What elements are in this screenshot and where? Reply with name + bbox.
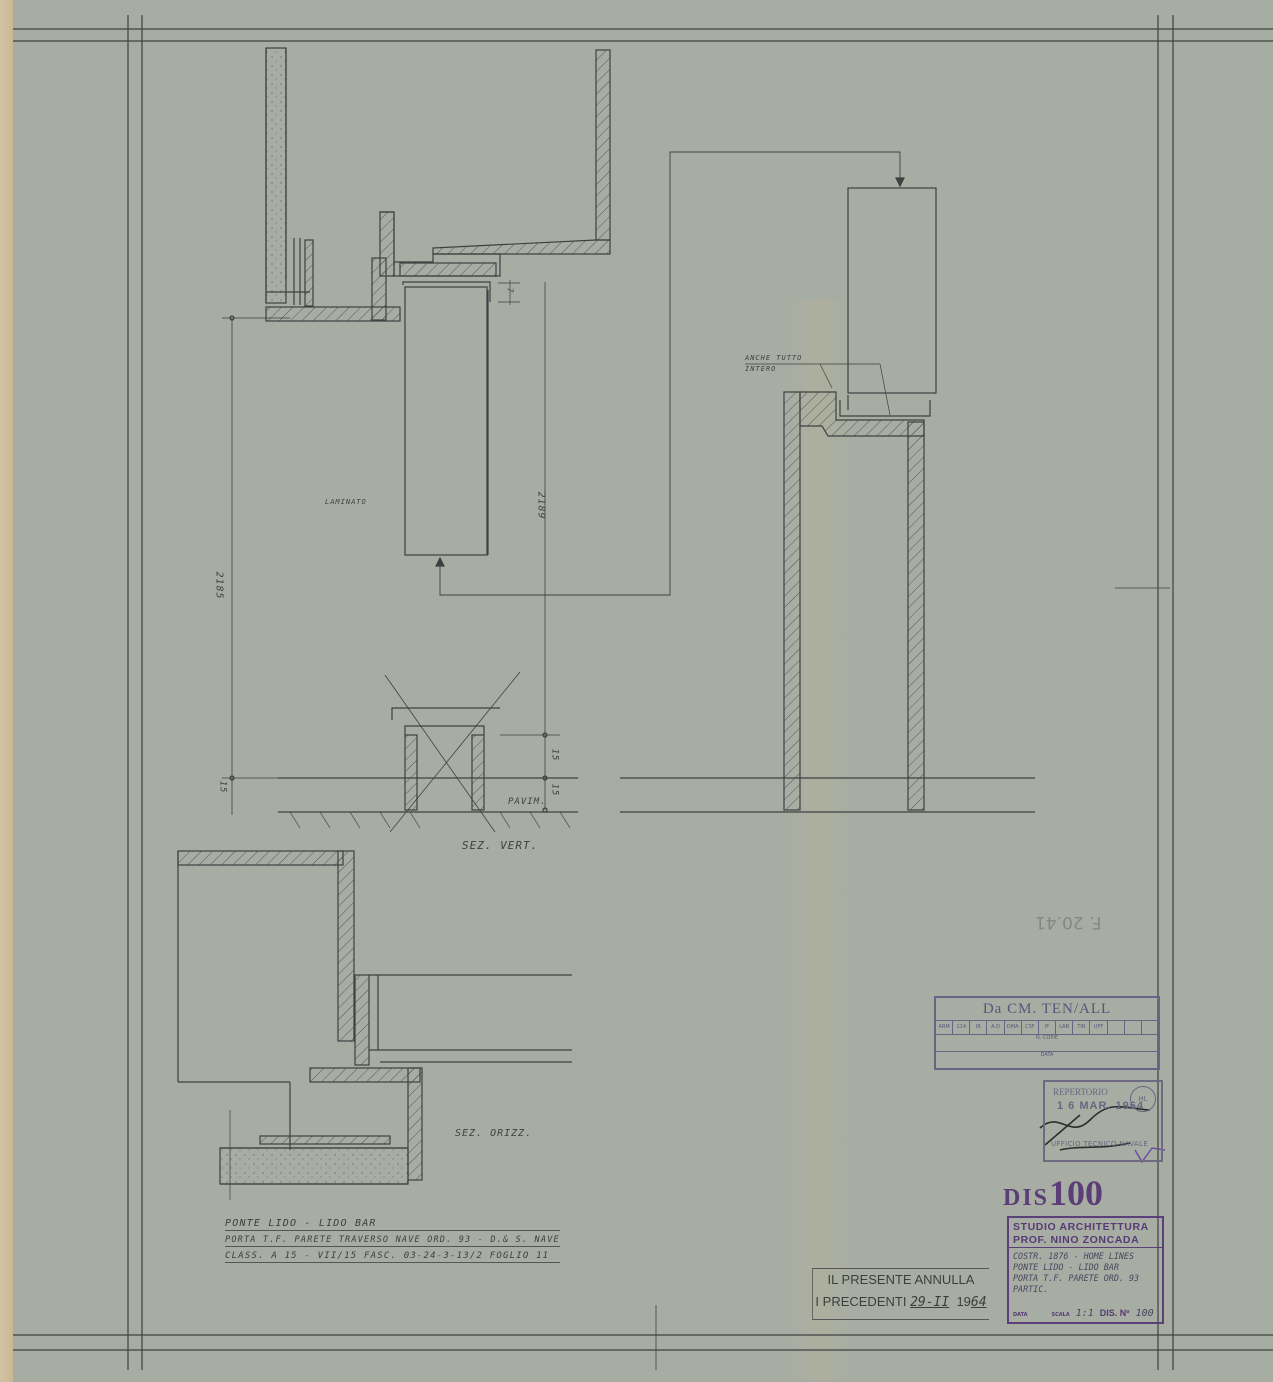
drawing-number: DIS100	[1003, 1172, 1103, 1214]
annul-box: IL PRESENTE ANNULLA I PRECEDENTI 29-II 1…	[812, 1268, 989, 1320]
scale-value: 1:1	[1076, 1308, 1094, 1319]
stamp-tenall-codes: ARM 114 IR A.D DMA CSF IF LAB TIR UFF	[936, 1021, 1158, 1035]
label-pavim: PAVIM.	[508, 797, 547, 807]
label-sez-orizz: SEZ. ORIZZ.	[455, 1128, 532, 1139]
stamp-tenall-date: DATA	[936, 1052, 1158, 1068]
dim-15-upper: 15	[549, 749, 559, 762]
dim-15-lower: 15	[549, 784, 559, 797]
annul-line-2: I PRECEDENTI 29-II 1964	[813, 1291, 989, 1314]
stamp-repertorio-office: UFFICIO TECNICO NAVALE	[1051, 1140, 1148, 1148]
stamp-tenall: Da CM. TEN/ALL ARM 114 IR A.D DMA CSF IF…	[934, 996, 1160, 1070]
studio-footer: DATA SCALA 1:1 DIS. Nº 100	[1013, 1308, 1158, 1319]
title-line-3: CLASS. A 15 - VII/15 FASC. 03-24-3-13/2 …	[225, 1251, 560, 1263]
dim-15-left: 15	[217, 781, 227, 794]
label-anche-tutto: ANCHE TUTTO	[745, 354, 802, 362]
studio-name: STUDIO ARCHITETTURA PROF. NINO ZONCADA	[1009, 1218, 1162, 1248]
stamp-repertorio: REPERTORIO 1 6 MAR. 1964 UFFICIO TECNICO…	[1043, 1080, 1163, 1162]
studio-notes: COSTR. 1876 - HOME LINES PONTE LIDO - LI…	[1009, 1248, 1162, 1298]
title-line-1: PONTE LIDO - LIDO BAR	[225, 1218, 560, 1231]
pencil-note: F. 20.41	[1035, 912, 1102, 932]
dim-2189: 2189	[536, 491, 547, 519]
label-sez-vert: SEZ. VERT.	[462, 839, 538, 852]
stamp-repertorio-title: REPERTORIO	[1053, 1087, 1108, 1097]
annul-line-1: IL PRESENTE ANNULLA	[813, 1269, 989, 1291]
home-lines-logo-icon: HL	[1130, 1086, 1156, 1112]
stamp-tenall-copies: N. COPIE	[936, 1035, 1158, 1052]
title-block: PONTE LIDO - LIDO BAR PORTA T.F. PARETE …	[225, 1218, 560, 1267]
stamp-tenall-header: Da CM. TEN/ALL	[936, 998, 1158, 1021]
dis-number-value: 100	[1136, 1308, 1154, 1319]
label-intero: INTERO	[745, 365, 776, 373]
annul-date: 29-II	[910, 1295, 949, 1310]
title-line-2: PORTA T.F. PARETE TRAVERSO NAVE ORD. 93 …	[225, 1235, 560, 1247]
dim-2185: 2185	[214, 571, 225, 599]
dim-7: 7	[505, 288, 514, 294]
label-laminato: LAMINATO	[325, 498, 367, 506]
studio-block: STUDIO ARCHITETTURA PROF. NINO ZONCADA C…	[1007, 1216, 1164, 1324]
